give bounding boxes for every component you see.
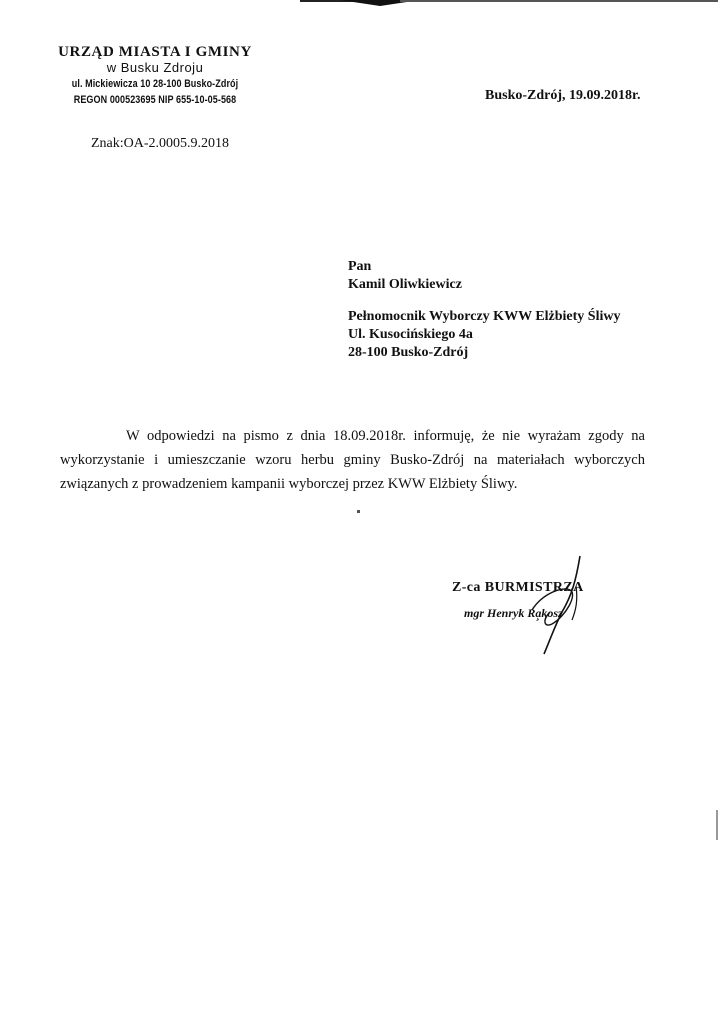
signature-block: Z-ca BURMISTRZA mgr Henryk Ra̧kosz (452, 580, 584, 621)
stamp-registry-ids: REGON 000523695 NIP 655-10-05-568 (69, 92, 241, 108)
letter-body: W odpowiedzi na pismo z dnia 18.09.2018r… (60, 424, 645, 496)
stamp-city: w Busku Zdroju (50, 60, 260, 76)
body-paragraph: W odpowiedzi na pismo z dnia 18.09.2018r… (60, 424, 645, 496)
place-and-date: Busko-Zdrój, 19.09.2018r. (485, 88, 640, 104)
addressee-name: Kamil Oliwkiewicz (348, 276, 621, 294)
addressee-salutation: Pan (348, 258, 621, 276)
stamp-address: ul. Mickiewicza 10 28-100 Busko-Zdrój (69, 76, 241, 92)
stamp-office-name: URZĄD MIASTA I GMINY (50, 44, 260, 60)
scan-top-edge (0, 0, 718, 4)
scan-speck (357, 510, 360, 513)
scan-edge-mark (400, 0, 718, 2)
addressee-block: Pan Kamil Oliwkiewicz Pełnomocnik Wyborc… (348, 258, 621, 362)
addressee-city: 28-100 Busko-Zdrój (348, 344, 621, 362)
reference-number: Znak:OA-2.0005.9.2018 (91, 136, 229, 152)
sender-stamp: URZĄD MIASTA I GMINY w Busku Zdroju ul. … (50, 44, 260, 108)
handwritten-signature-icon (492, 550, 602, 660)
addressee-street: Ul. Kusocińskiego 4a (348, 326, 621, 344)
addressee-role: Pełnomocnik Wyborczy KWW Elżbiety Śliwy (348, 308, 621, 326)
